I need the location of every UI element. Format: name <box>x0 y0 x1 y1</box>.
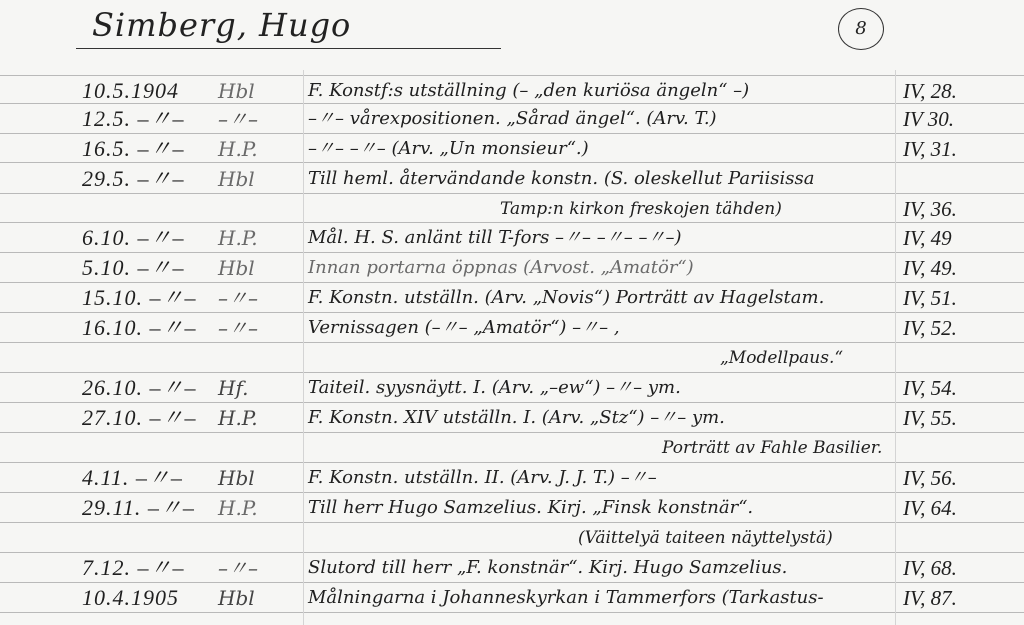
entry-row: 4.11. –〃– Hbl F. Konstn. utställn. II. (… <box>0 463 1024 493</box>
entry-text: Vernissagen (–〃– „Amatör“) –〃– , <box>308 313 620 343</box>
entry-date: 29.5. –〃– <box>82 164 185 194</box>
entry-row: 29.5. –〃– Hbl Till heml. återvändande ko… <box>0 164 1024 194</box>
entry-text: Slutord till herr „F. konstnär“. Kirj. H… <box>308 553 787 583</box>
entry-source: –〃– <box>218 104 258 134</box>
entry-date: 12.5. –〃– <box>82 104 185 134</box>
entry-text: F. Konstn. utställn. II. (Arv. J. J. T.)… <box>308 463 657 493</box>
entry-ref: IV, 49 <box>903 223 952 253</box>
entry-row: 5.10. –〃– Hbl Innan portarna öppnas (Arv… <box>0 253 1024 283</box>
entry-text: Till herr Hugo Samzelius. Kirj. „Finsk k… <box>308 493 753 523</box>
entry-row: 26.10. –〃– Hf. Taiteil. syysnäytt. I. (A… <box>0 373 1024 403</box>
entry-text: Målningarna i Johanneskyrkan i Tammerfor… <box>308 583 824 613</box>
entry-source: –〃– <box>218 313 258 343</box>
entry-date: 4.11. –〃– <box>82 463 183 493</box>
entry-ref: IV, 49. <box>903 253 957 283</box>
entry-ref: IV, 87. <box>903 583 957 613</box>
entry-date: 16.10. –〃– <box>82 313 197 343</box>
entry-row: 16.10. –〃– –〃– Vernissagen (–〃– „Amatör“… <box>0 313 1024 343</box>
entry-date: 15.10. –〃– <box>82 283 197 313</box>
entry-text: F. Konstf:s utställning (– „den kuriösa … <box>308 76 749 106</box>
entry-row: 16.5. –〃– H.P. –〃– –〃– (Arv. „Un monsieu… <box>0 134 1024 164</box>
entry-source: –〃– <box>218 553 258 583</box>
entry-source: Hbl <box>218 76 255 106</box>
entry-date: 6.10. –〃– <box>82 223 185 253</box>
entry-source: H.P. <box>218 134 258 164</box>
entry-date: 5.10. –〃– <box>82 253 185 283</box>
entry-date: 7.12. –〃– <box>82 553 185 583</box>
entry-source: Hbl <box>218 164 255 194</box>
entry-row: 6.10. –〃– H.P. Mål. H. S. anlänt till T-… <box>0 223 1024 253</box>
entry-ref: IV 30. <box>903 104 954 134</box>
entry-date: 26.10. –〃– <box>82 373 197 403</box>
entry-ref: IV, 52. <box>903 313 957 343</box>
entry-text: Tamp:n kirkon freskojen tähden) <box>500 194 782 224</box>
entry-text: „Modellpaus.“ <box>720 343 843 373</box>
entry-continuation: Porträtt av Fahle Basilier. <box>0 433 1024 463</box>
entry-row: 15.10. –〃– –〃– F. Konstn. utställn. (Arv… <box>0 283 1024 313</box>
entry-text: Innan portarna öppnas (Arvost. „Amatör“) <box>308 253 694 283</box>
entry-source: Hbl <box>218 463 255 493</box>
page-number-circle: 8 <box>838 8 884 50</box>
entry-ref: IV, 56. <box>903 463 957 493</box>
entry-date: 10.5.1904 <box>82 76 179 106</box>
ledger-card: Simberg, Hugo 8 10.5.1904 Hbl F. Konstf:… <box>0 0 1024 625</box>
entry-ref: IV, 31. <box>903 134 957 164</box>
title-underline <box>76 48 501 49</box>
entry-text: Porträtt av Fahle Basilier. <box>662 433 882 463</box>
entry-row: 7.12. –〃– –〃– Slutord till herr „F. kons… <box>0 553 1024 583</box>
entry-source: Hbl <box>218 253 255 283</box>
entry-continuation: Tamp:n kirkon freskojen tähden) IV, 36. <box>0 194 1024 224</box>
entry-date: 27.10. –〃– <box>82 403 197 433</box>
entry-source: Hbl <box>218 583 255 613</box>
entry-row: 27.10. –〃– H.P. F. Konstn. XIV utställn.… <box>0 403 1024 433</box>
entry-continuation: „Modellpaus.“ <box>0 343 1024 373</box>
entry-source: Hf. <box>218 373 249 403</box>
entry-source: H.P. <box>218 223 258 253</box>
entry-text: Taiteil. syysnäytt. I. (Arv. „–ew“) –〃– … <box>308 373 681 403</box>
entry-text: (Väittelyä taiteen näyttelystä) <box>578 523 833 553</box>
entry-ref: IV, 54. <box>903 373 957 403</box>
entry-ref: IV, 36. <box>903 194 957 224</box>
entry-date: 10.4.1905 <box>82 583 179 613</box>
entry-ref: IV, 64. <box>903 493 957 523</box>
entry-date: 16.5. –〃– <box>82 134 185 164</box>
entry-text: Till heml. återvändande konstn. (S. oles… <box>308 164 814 194</box>
entry-text: F. Konstn. utställn. (Arv. „Novis“) Port… <box>308 283 824 313</box>
entry-ref: IV, 55. <box>903 403 957 433</box>
entry-text: Mål. H. S. anlänt till T-fors –〃– –〃– –〃… <box>308 223 682 253</box>
entry-ref: IV, 68. <box>903 553 957 583</box>
entry-row: 10.5.1904 Hbl F. Konstf:s utställning (–… <box>0 76 1024 106</box>
entry-source: –〃– <box>218 283 258 313</box>
entry-ref: IV, 28. <box>903 76 957 106</box>
entry-row: 29.11. –〃– H.P. Till herr Hugo Samzelius… <box>0 493 1024 523</box>
entry-date: 29.11. –〃– <box>82 493 195 523</box>
entry-ref: IV, 51. <box>903 283 957 313</box>
entry-continuation: (Väittelyä taiteen näyttelystä) <box>0 523 1024 553</box>
entry-text: –〃– vårexpositionen. „Sårad ängel“. (Arv… <box>308 104 717 134</box>
entry-row: 10.4.1905 Hbl Målningarna i Johanneskyrk… <box>0 583 1024 613</box>
entry-source: H.P. <box>218 403 258 433</box>
entry-text: –〃– –〃– (Arv. „Un monsieur“.) <box>308 134 589 164</box>
entry-source: H.P. <box>218 493 258 523</box>
entry-text: F. Konstn. XIV utställn. I. (Arv. „Stz“)… <box>308 403 725 433</box>
entry-row: 12.5. –〃– –〃– –〃– vårexpositionen. „Såra… <box>0 104 1024 134</box>
card-title: Simberg, Hugo <box>92 6 351 44</box>
